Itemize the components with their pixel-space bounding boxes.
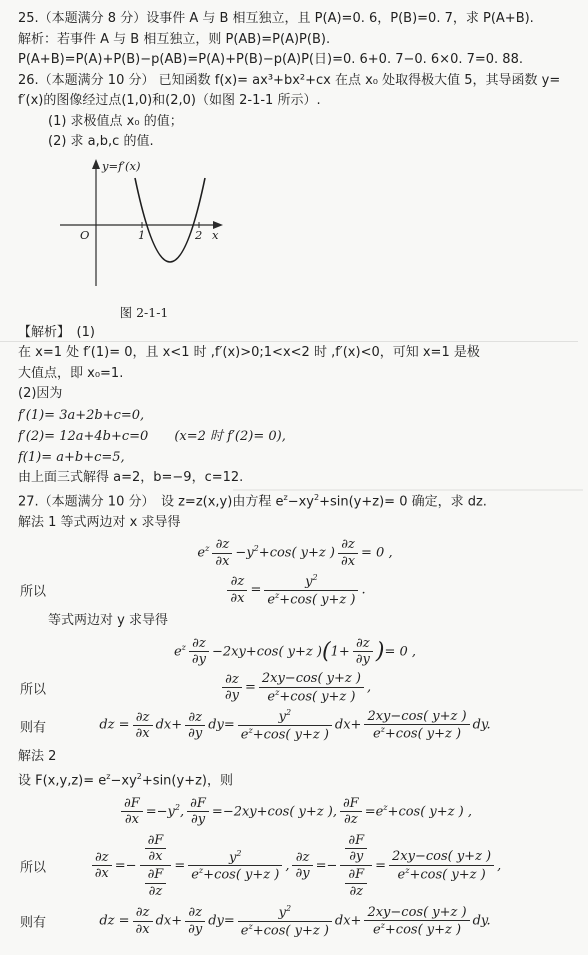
fraction-numerator: ∂z — [133, 905, 153, 921]
text-line: 25.（本题满分 8 分）设事件 A 与 B 相互独立，且 P(A)=0. 6，… — [18, 9, 572, 30]
origin-label: O — [80, 228, 90, 242]
fraction-denominator: ez+cos( y+z ) — [188, 866, 282, 883]
fraction-numerator: ∂F — [121, 796, 143, 812]
fraction-denominator: ∂z — [340, 812, 362, 827]
fraction-numerator: ∂F∂y — [340, 832, 372, 867]
fraction-denominator: ∂z — [145, 884, 167, 899]
text-line: 在 x=1 处 f′(1)= 0，且 x<1 时 ,f′(x)>0;1<x<2 … — [18, 343, 572, 364]
fraction-denominator: ez+cos( y+z ) — [238, 922, 332, 939]
fraction: ∂z∂y — [185, 710, 205, 742]
equation: dz =∂z∂xdx+∂z∂ydy=y2ez+cos( y+z )dx+2xy−… — [99, 708, 490, 742]
fraction-numerator: ∂F — [145, 867, 167, 883]
fraction-denominator: ez+cos( y+z ) — [264, 591, 358, 608]
text-line: 26.（本题满分 10 分） 已知函数 f(x)= ax³+bx²+cx 在点 … — [18, 71, 572, 92]
fraction-numerator: ∂F∂x — [140, 832, 172, 867]
math-text: y — [279, 710, 286, 725]
fraction-numerator: ∂F — [345, 833, 367, 849]
equation: dz =∂z∂xdx+∂z∂ydy=y2ez+cos( y+z )dx+2xy−… — [99, 904, 490, 938]
math-text: −y — [235, 546, 253, 561]
math-text: , — [180, 804, 184, 819]
fraction: ∂F∂y — [345, 833, 367, 865]
fraction-denominator: ez+cos( y+z ) — [389, 866, 494, 883]
fraction: y2ez+cos( y+z ) — [238, 904, 332, 938]
fraction-numerator: 2xy−cos( y+z ) — [389, 849, 494, 865]
tick-2-label: 2 — [194, 228, 202, 242]
fraction-numerator: ∂z — [353, 636, 373, 652]
fraction-numerator: ∂z — [222, 672, 242, 688]
math-text: , — [367, 680, 371, 695]
fraction: 2xy−cos( y+z )ez+cos( y+z ) — [364, 709, 469, 742]
math-text: +cos( y+z ) — [259, 546, 335, 561]
text-line: (2) 求 a,b,c 的值. — [18, 132, 572, 153]
math-text: +cos( y+z ) — [385, 727, 461, 742]
fraction-numerator: ∂z — [185, 905, 205, 921]
fraction-numerator: 2xy−cos( y+z ) — [364, 709, 469, 725]
derivative-graph: y=f′(x) O 1 2 x — [44, 156, 294, 298]
math-text: +cos( y+z ) — [279, 689, 355, 704]
text-line: 【解析】 (1) — [18, 323, 572, 344]
fraction-denominator: ∂z — [345, 884, 367, 899]
fraction-denominator: ∂y — [292, 866, 312, 881]
fraction-denominator: ez+cos( y+z ) — [364, 725, 469, 742]
math-text: =−2xy+cos( y+z ), — [212, 804, 337, 819]
fraction: ∂F∂z — [340, 796, 362, 828]
fraction: ∂z∂x — [133, 710, 153, 742]
figure-caption: 图 2-1-1 — [44, 303, 244, 321]
math-text: =− — [115, 858, 137, 873]
fraction: ∂z∂y — [353, 636, 373, 668]
superscript: 2 — [236, 849, 241, 858]
fraction: ∂F∂z — [345, 867, 367, 899]
fraction-denominator: ∂x — [133, 922, 153, 937]
math-text: f′(2)= 12a+4b+c=0 (x=2 时 f′(2)= 0), — [18, 429, 286, 444]
fraction-numerator: y2 — [188, 849, 282, 867]
math-text: +sin(y+z)，则 — [142, 774, 233, 789]
math-text: dx+ — [335, 914, 362, 929]
formula-line: f′(2)= 12a+4b+c=0 (x=2 时 f′(2)= 0), — [18, 426, 572, 447]
fraction: ∂F∂y∂F∂z — [340, 832, 372, 900]
math-text: , — [285, 858, 289, 873]
math-text: =− — [316, 858, 338, 873]
fraction-numerator: 2xy−cos( y+z ) — [364, 905, 469, 921]
fraction-denominator: ∂x — [92, 866, 112, 881]
equation-row: 则有dz =∂z∂xdx+∂z∂ydy=y2ez+cos( y+z )dx+2x… — [18, 904, 572, 938]
math-text: +cos( y+z ) — [253, 923, 329, 938]
equation-row: 所以∂z∂x=y2ez+cos( y+z ). — [18, 573, 572, 607]
fraction: y2ez+cos( y+z ) — [264, 573, 358, 607]
fraction-denominator: ∂x — [212, 554, 232, 569]
math-text: =−y — [146, 804, 175, 819]
superscript: z — [205, 544, 209, 553]
solution-text: 【解析】 (1)在 x=1 处 f′(1)= 0，且 x<1 时 ,f′(x)>… — [18, 323, 572, 939]
math-text: −xy — [288, 494, 314, 509]
equation: ez∂z∂x−y2+cos( y+z )∂z∂x= 0 , — [197, 537, 392, 569]
superscript: z — [182, 643, 186, 652]
scan-artifact-line — [0, 341, 578, 342]
math-text: = — [375, 858, 386, 873]
math-text: e — [191, 868, 199, 883]
math-text: dy= — [208, 718, 235, 733]
math-text: =e — [365, 804, 384, 819]
fraction-numerator: ∂z — [212, 537, 232, 553]
fraction-denominator: ∂y — [222, 688, 242, 703]
fraction: ∂z∂y — [222, 672, 242, 704]
fraction-numerator: ∂F — [187, 796, 209, 812]
math-text: −2xy+cos( y+z ) — [212, 644, 322, 659]
text-line: 大值点，即 x₀=1. — [18, 364, 572, 385]
math-text: dz = — [99, 914, 129, 929]
equation: ∂z∂y=2xy−cos( y+z )ez+cos( y+z ), — [219, 671, 371, 704]
text-line: f′(x)的图像经过点(1,0)和(2,0)（如图 2-1-1 所示）. — [18, 91, 572, 112]
fraction-denominator: ez+cos( y+z ) — [238, 726, 332, 743]
math-text: +cos( y+z ) — [385, 922, 461, 937]
math-text: f′(1)= 3a+2b+c=0, — [18, 408, 144, 423]
math-text: +sin(y+z)= 0 确定，求 dz. — [319, 494, 487, 509]
math-text: 27.（本题满分 10 分） 设 z=z(x,y)由方程 e — [18, 494, 283, 509]
math-text: y — [305, 574, 312, 589]
text-line: 解法 1 等式两边对 x 求导得 — [18, 513, 572, 534]
fraction: ∂F∂x∂F∂z — [140, 832, 172, 900]
parabola-curve — [135, 178, 205, 262]
equation: ∂z∂x=y2ez+cos( y+z ). — [224, 573, 365, 607]
math-text: dx+ — [335, 718, 362, 733]
math-text: dx+ — [156, 718, 183, 733]
math-text: dx+ — [156, 914, 183, 929]
math-text: e — [197, 546, 205, 561]
equation-row: 所以∂z∂y=2xy−cos( y+z )ez+cos( y+z ), — [18, 671, 572, 704]
math-text: +cos( y+z ) — [203, 868, 279, 883]
equation-row: ez∂z∂x−y2+cos( y+z )∂z∂x= 0 , — [18, 537, 572, 569]
formula-line: f(1)= a+b+c=5, — [18, 447, 572, 468]
math-text: = — [174, 858, 185, 873]
math-text: +cos( y+z ) — [409, 867, 485, 882]
fraction-denominator: ∂x — [227, 591, 247, 606]
fraction-numerator: ∂z — [227, 574, 247, 590]
math-text: = 0 , — [384, 644, 416, 659]
text-line: 由上面三式解得 a=2，b=−9，c=12. — [18, 468, 572, 489]
fraction-numerator: ∂z — [133, 710, 153, 726]
fraction-denominator: ∂x — [133, 726, 153, 741]
equation-label: 所以 — [20, 581, 46, 600]
superscript: 2 — [313, 573, 318, 582]
fraction: 2xy−cos( y+z )ez+cos( y+z ) — [389, 849, 494, 882]
figure-2-1-1: y=f′(x) O 1 2 x 图 2-1-1 — [44, 156, 294, 321]
fraction-numerator: ∂z — [292, 850, 312, 866]
fraction-numerator: y2 — [238, 904, 332, 922]
math-text: y — [279, 905, 286, 920]
scan-artifact-smudge — [233, 489, 583, 491]
fraction: ∂z∂x — [133, 905, 153, 937]
fraction: ∂z∂x — [227, 574, 247, 606]
equation-label: 则有 — [20, 716, 46, 735]
math-text: dy. — [473, 718, 491, 733]
text-line: 解析：若事件 A 与 B 相互独立，则 P(AB)=P(A)P(B). — [18, 30, 572, 51]
fraction-numerator: ∂z — [338, 537, 358, 553]
fraction-denominator: ∂y — [353, 652, 373, 667]
fraction-numerator: 2xy−cos( y+z ) — [259, 671, 364, 687]
fraction: ∂F∂x — [121, 796, 143, 828]
math-text: 1+ — [331, 644, 350, 659]
fraction-numerator: ∂z — [189, 636, 209, 652]
equation: ez∂z∂y−2xy+cos( y+z )(1+∂z∂y)= 0 , — [174, 636, 416, 668]
fraction-denominator: ∂x — [121, 812, 143, 827]
math-text: , — [497, 858, 501, 873]
math-text: +cos( y+z ) — [253, 727, 329, 742]
fraction-denominator: ∂y — [345, 849, 367, 864]
text-line: 等式两边对 y 求导得 — [18, 611, 572, 632]
fraction-numerator: ∂z — [185, 710, 205, 726]
equation-row: ∂F∂x=−y2,∂F∂y=−2xy+cos( y+z ),∂F∂z=ez+co… — [18, 796, 572, 828]
formula-line: f′(1)= 3a+2b+c=0, — [18, 405, 572, 426]
superscript: 2 — [286, 708, 291, 717]
big-paren: ( — [322, 638, 331, 664]
fraction-numerator: ∂F — [145, 833, 167, 849]
problems-25-26-text: 25.（本题满分 8 分）设事件 A 与 B 相互独立，且 P(A)=0. 6，… — [18, 9, 572, 153]
fraction-numerator: y2 — [238, 708, 332, 726]
curve-equation-label: y=f′(x) — [101, 159, 140, 173]
equation-label: 则有 — [20, 912, 46, 931]
fraction-numerator: y2 — [264, 573, 358, 591]
fraction-denominator: ∂y — [185, 726, 205, 741]
math-text: +cos( y+z ) — [279, 592, 355, 607]
fraction: ∂z∂y — [185, 905, 205, 937]
fraction-denominator: ∂y — [187, 812, 209, 827]
equation-label: 所以 — [20, 856, 46, 875]
text-line: P(A+B)=P(A)+P(B)−p(AB)=P(A)+P(B)−p(A)P(日… — [18, 50, 572, 71]
equation: ∂z∂x=−∂F∂x∂F∂z=y2ez+cos( y+z ),∂z∂y=−∂F∂… — [89, 832, 502, 900]
equation-label: 所以 — [20, 678, 46, 697]
fraction-numerator: ∂F — [345, 867, 367, 883]
fraction-denominator: ez+cos( y+z ) — [259, 688, 364, 705]
text-line: (2)因为 — [18, 384, 572, 405]
fraction: ∂F∂y — [187, 796, 209, 828]
fraction: 2xy−cos( y+z )ez+cos( y+z ) — [259, 671, 364, 704]
text-line: 解法 2 — [18, 747, 572, 768]
fraction: ∂z∂x — [212, 537, 232, 569]
math-text: +cos( y+z ) , — [388, 804, 472, 819]
fraction: ∂z∂x — [92, 850, 112, 882]
fraction-denominator: ∂x — [145, 849, 167, 864]
fraction: ∂F∂z — [145, 867, 167, 899]
fraction-denominator: ∂y — [185, 922, 205, 937]
document-page: 25.（本题满分 8 分）设事件 A 与 B 相互独立，且 P(A)=0. 6，… — [0, 0, 588, 955]
equation: ∂F∂x=−y2,∂F∂y=−2xy+cos( y+z ),∂F∂z=ez+co… — [118, 796, 472, 828]
fraction: 2xy−cos( y+z )ez+cos( y+z ) — [364, 905, 469, 938]
math-text: dz = — [99, 718, 129, 733]
math-text: e — [373, 922, 381, 937]
math-text: 设 F(x,y,z)= e — [18, 774, 106, 789]
math-text: = — [245, 680, 256, 695]
superscript: 2 — [286, 904, 291, 913]
y-axis-arrow-icon — [92, 159, 100, 169]
fraction-numerator: ∂F — [340, 796, 362, 812]
math-text: f(1)= a+b+c=5, — [18, 450, 125, 465]
fraction-numerator: ∂z — [92, 850, 112, 866]
math-text: −xy — [111, 774, 137, 789]
fraction-denominator: ∂F∂z — [340, 866, 372, 900]
fraction: y2ez+cos( y+z ) — [188, 849, 282, 883]
math-text: dy. — [473, 914, 491, 929]
text-line: 27.（本题满分 10 分） 设 z=z(x,y)由方程 ez−xy2+sin(… — [18, 488, 572, 513]
big-paren: ) — [376, 638, 385, 664]
fraction: y2ez+cos( y+z ) — [238, 708, 332, 742]
math-text: . — [361, 583, 365, 598]
text-line: (1) 求极值点 x₀ 的值； — [18, 112, 572, 133]
fraction-denominator: ez+cos( y+z ) — [364, 921, 469, 938]
tick-1-label: 1 — [138, 228, 145, 242]
math-text: e — [267, 592, 275, 607]
x-axis-label: x — [212, 228, 219, 242]
text-line: 设 F(x,y,z)= ez−xy2+sin(y+z)，则 — [18, 767, 572, 792]
fraction-denominator: ∂x — [338, 554, 358, 569]
math-text: e — [267, 689, 275, 704]
equation-row: ez∂z∂y−2xy+cos( y+z )(1+∂z∂y)= 0 , — [18, 636, 572, 668]
fraction: ∂z∂y — [189, 636, 209, 668]
math-text: dy= — [208, 914, 235, 929]
math-text: = — [250, 583, 261, 598]
equation-row: 则有dz =∂z∂xdx+∂z∂ydy=y2ez+cos( y+z )dx+2x… — [18, 708, 572, 742]
fraction: ∂z∂y — [292, 850, 312, 882]
fraction: ∂F∂x — [145, 833, 167, 865]
fraction-denominator: ∂y — [189, 652, 209, 667]
equation-row: 所以∂z∂x=−∂F∂x∂F∂z=y2ez+cos( y+z ),∂z∂y=−∂… — [18, 832, 572, 900]
math-text: = 0 , — [361, 546, 393, 561]
math-text: e — [174, 644, 182, 659]
math-text: e — [373, 727, 381, 742]
fraction: ∂z∂x — [338, 537, 358, 569]
fraction-denominator: ∂F∂z — [140, 866, 172, 900]
